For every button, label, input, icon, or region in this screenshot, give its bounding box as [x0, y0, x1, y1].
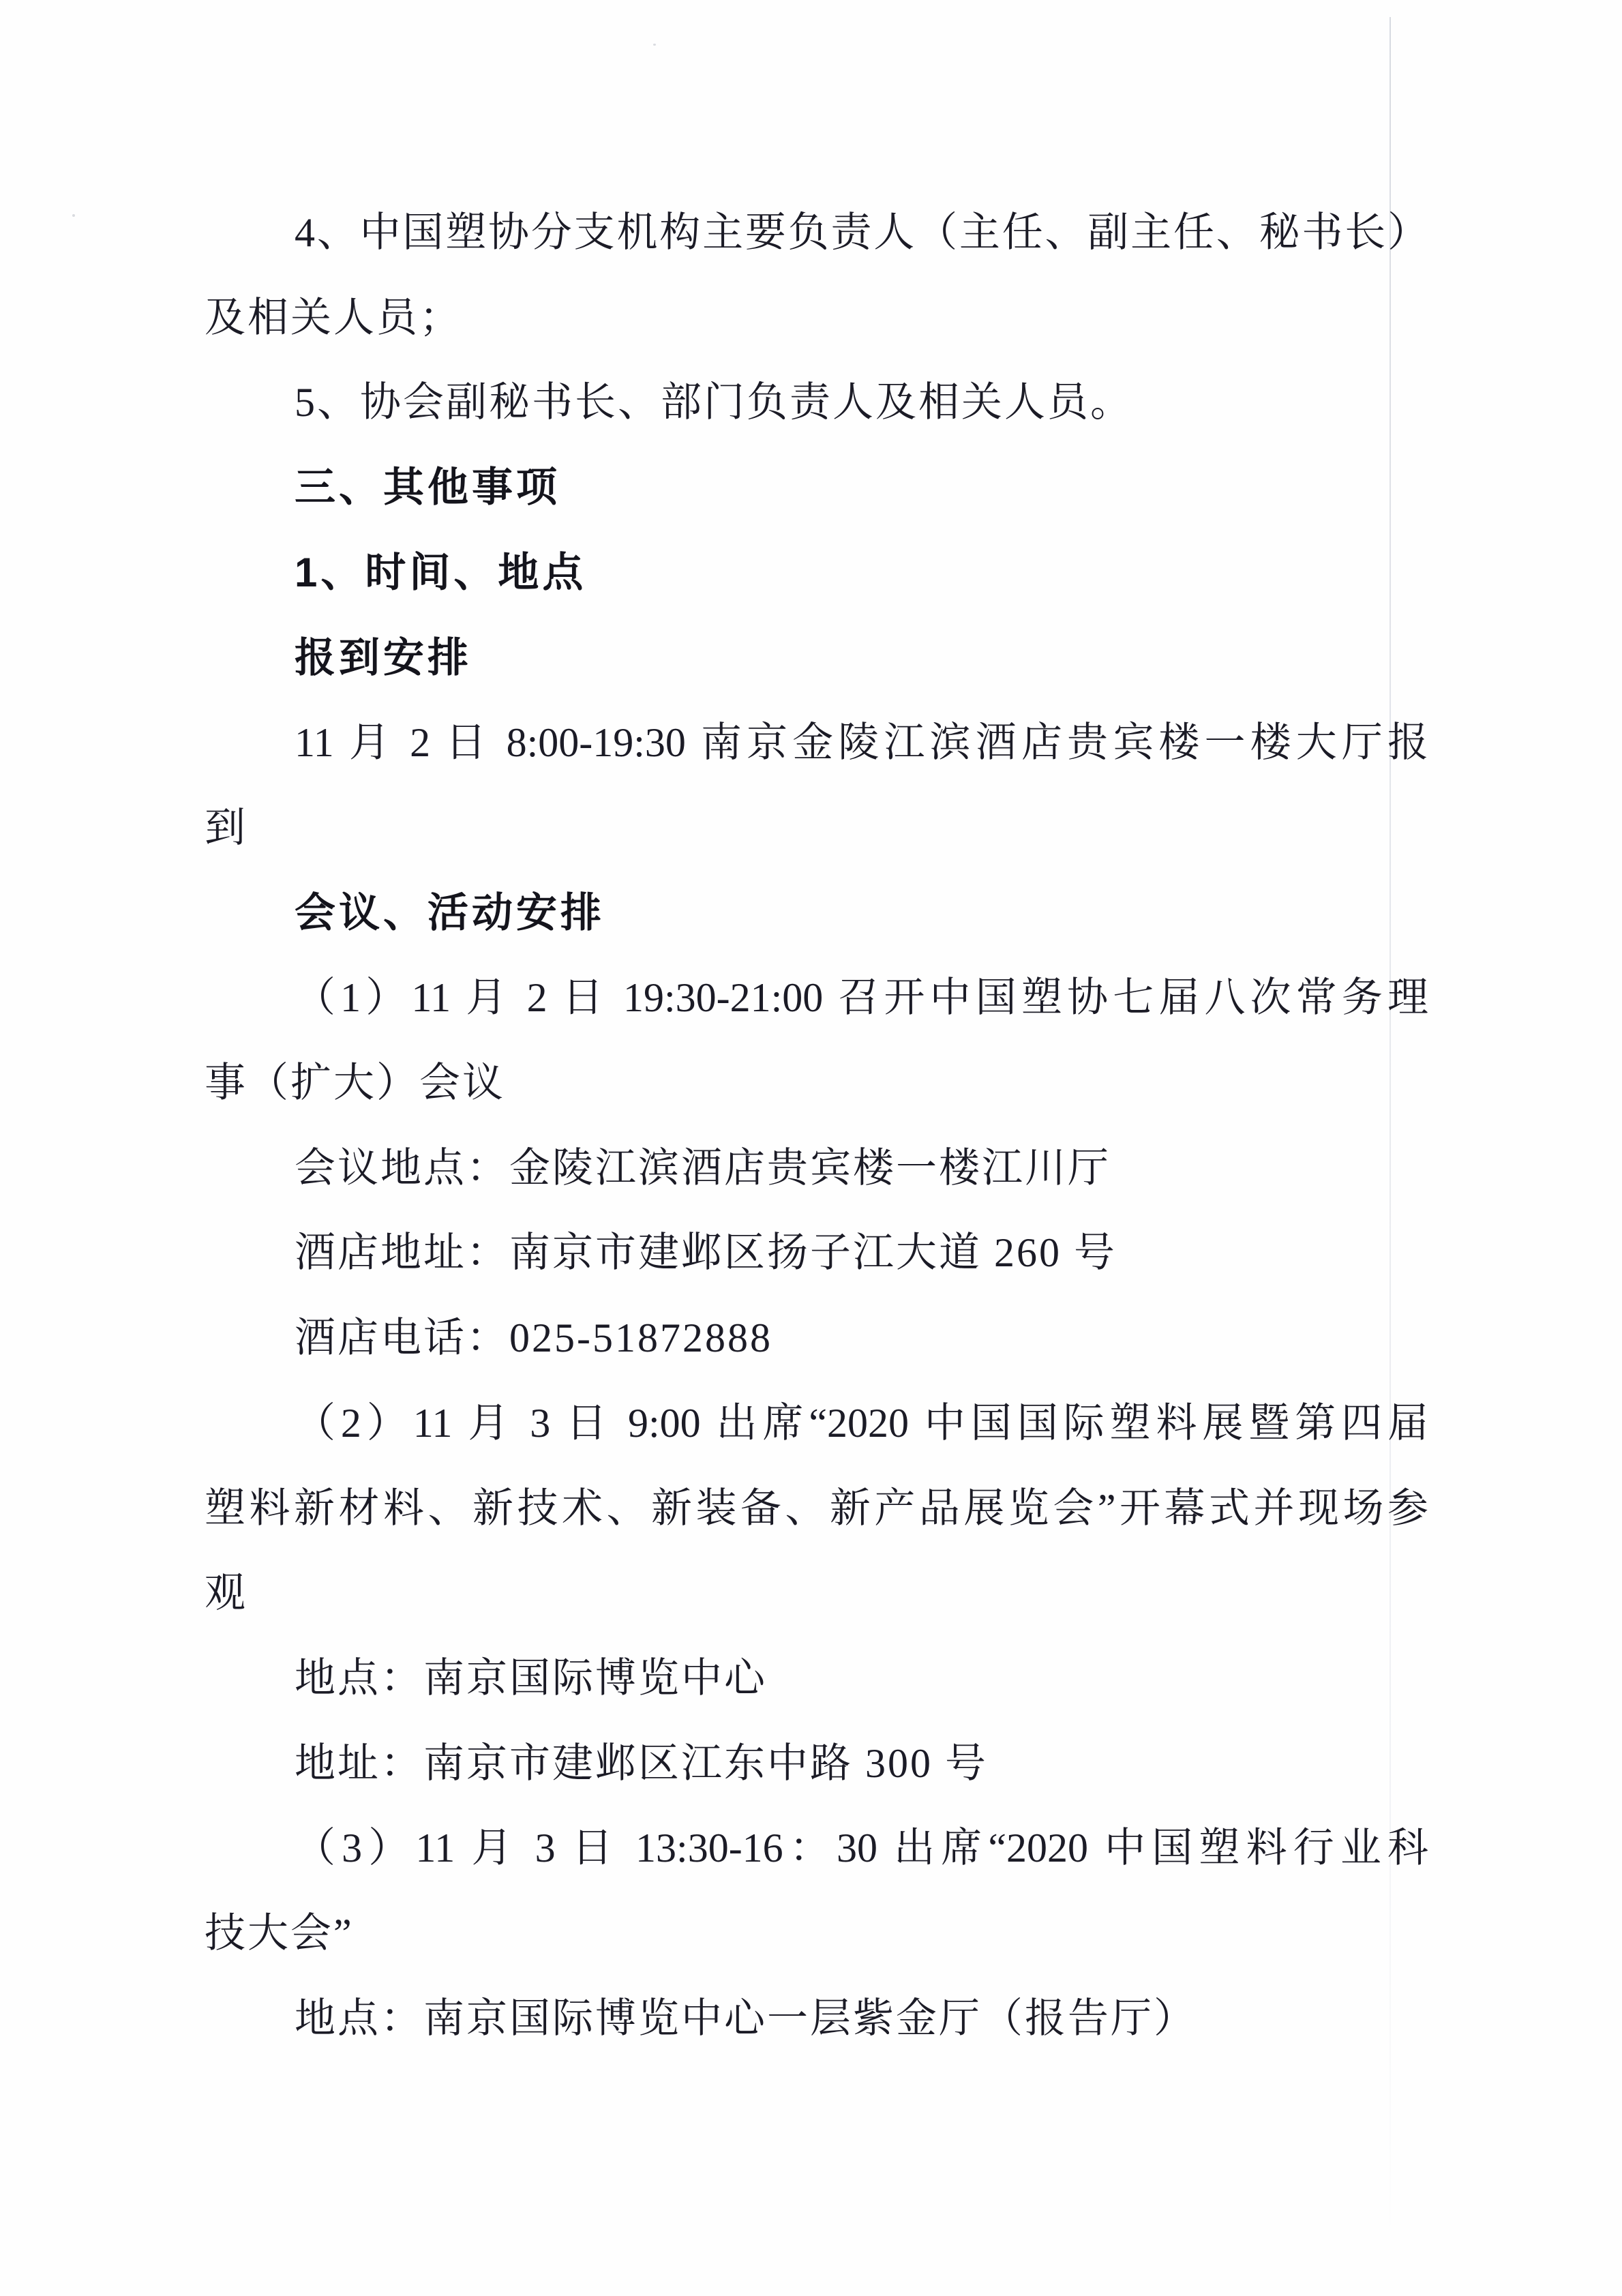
doc-line-item-4-cont: 及相关人员； [205, 291, 462, 344]
scan-crease-line [1390, 17, 1391, 2250]
doc-line-hotel-address: 酒店地址：南京市建邺区扬子江大道 260 号 [295, 1226, 1117, 1279]
doc-line-event-2-cont: 塑料新材料、新技术、新装备、新产品展览会”开幕式并现场参 [205, 1482, 1428, 1535]
doc-line-event-1: （1）11 月 2 日 19:30-21:00 召开中国塑协七届八次常务理 [295, 971, 1428, 1024]
doc-line-event-3-cont: 技大会” [205, 1907, 354, 1960]
doc-line-event-1-cont: 事（扩大）会议 [205, 1056, 505, 1109]
doc-line-item-4: 4、中国塑协分支机构主要负责人（主任、副主任、秘书长） [295, 206, 1428, 259]
document-page: 4、中国塑协分支机构主要负责人（主任、副主任、秘书长） 及相关人员； 5、协会副… [0, 0, 1622, 2296]
doc-line-tech-venue: 地点：南京国际博览中心一层紫金厅（报告厅） [295, 1992, 1197, 2045]
doc-line-event-2-cont2: 观 [205, 1566, 247, 1620]
doc-heading-agenda: 会议、活动安排 [295, 886, 605, 940]
doc-heading-registration: 报到安排 [295, 631, 472, 685]
scan-speck [72, 214, 75, 217]
doc-line-registration-info: 11 月 2 日 8:00-19:30 南京金陵江滨酒店贵宾楼一楼大厅报 [295, 716, 1428, 769]
doc-line-meeting-venue: 会议地点：金陵江滨酒店贵宾楼一楼江川厅 [295, 1142, 1111, 1195]
doc-heading-time-place: 1、时间、地点 [295, 546, 586, 599]
doc-line-event-2: （2）11 月 3 日 9:00 出席“2020 中国国际塑料展暨第四届 [295, 1397, 1428, 1450]
doc-line-hotel-phone: 酒店电话：025-51872888 [295, 1311, 772, 1365]
scan-speck [653, 44, 656, 46]
doc-line-expo-venue: 地点：南京国际博览中心 [295, 1652, 767, 1705]
doc-line-expo-address: 地址：南京市建邺区江东中路 300 号 [295, 1737, 988, 1790]
doc-line-event-3: （3）11 月 3 日 13:30-16：30 出席“2020 中国塑料行业科 [295, 1821, 1428, 1875]
doc-heading-section-3: 三、其他事项 [295, 461, 560, 514]
doc-line-registration-cont: 到 [205, 801, 247, 854]
doc-line-item-5: 5、协会副秘书长、部门负责人及相关人员。 [295, 376, 1133, 429]
